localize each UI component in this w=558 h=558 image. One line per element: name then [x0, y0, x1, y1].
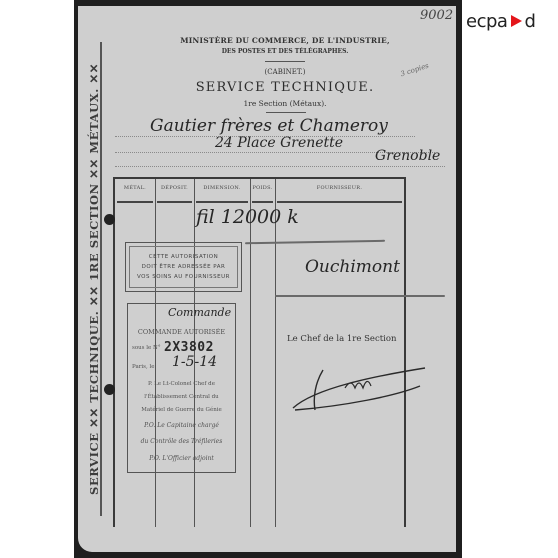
header-underline	[196, 201, 248, 203]
ministry-line-2: DES POSTES ET DES TÉLÉGRAPHES.	[160, 48, 410, 55]
auth-signatory-line: P. Le Lt-Colonel Chef de	[128, 381, 235, 387]
address-dotted-line	[115, 166, 445, 167]
item-dimension: fil 12000 k	[196, 206, 299, 228]
ornament-divider	[266, 112, 306, 113]
signature: Guillet	[285, 358, 435, 418]
punch-hole	[104, 214, 115, 225]
logo-text-left: ecpa	[466, 11, 507, 32]
notice-line-1: CETTE AUTORISATION	[149, 252, 218, 262]
notice-line-2: DOIT ÊTRE ADRESSÉE PAR	[142, 262, 226, 272]
auth-signatory-line: P.O. Le Capitaine chargé	[128, 422, 235, 429]
auth-signatory-line: du Contrôle des Tréfileries	[128, 438, 235, 445]
column-header-poids: POIDS.	[250, 185, 275, 191]
addressee-line-3: Grenoble	[375, 148, 440, 164]
cabinet-label: (CABINET.)	[160, 68, 410, 76]
addressee-line-1: Gautier frères et Chameroy	[150, 116, 388, 136]
ecpad-logo: ecpa d	[466, 8, 550, 34]
authorization-stamp: Commande COMMANDE AUTORISÉE sous le N° 2…	[127, 303, 236, 473]
logo-text-right: d	[524, 11, 535, 32]
auth-title: COMMANDE AUTORISÉE	[128, 328, 235, 336]
reference-number: 9002	[420, 8, 453, 23]
column-header-metal: MÉTAL.	[115, 185, 155, 191]
auth-date-label: Paris, le	[132, 364, 162, 370]
column-divider	[275, 179, 276, 527]
ministry-line-1: MINISTÈRE DU COMMERCE, DE L'INDUSTRIE,	[160, 36, 410, 45]
auth-number: 2X3802	[164, 340, 214, 355]
addressee-line-2: 24 Place Grenette	[215, 135, 343, 151]
column-divider	[250, 179, 251, 527]
column-header-deposit: DÉPOSIT.	[155, 185, 194, 191]
side-strip-rule	[100, 42, 102, 516]
auth-date: 1-5-14	[172, 354, 217, 370]
notice-line-3: VOS SOINS AU FOURNISSEUR	[137, 272, 230, 282]
notice-stamp: CETTE AUTORISATION DOIT ÊTRE ADRESSÉE PA…	[125, 242, 242, 292]
item-fournisseur: Ouchimont	[305, 257, 400, 277]
column-header-dimension: DIMENSION.	[194, 185, 250, 191]
header-underline	[252, 201, 273, 203]
header-underline	[157, 201, 192, 203]
header-underline	[117, 201, 153, 203]
side-strip-text: SERVICE ✕✕ TECHNIQUE. ✕✕ 1RE SECTION ✕✕ …	[87, 63, 101, 495]
play-triangle-icon	[511, 15, 522, 27]
section-label: 1re Section (Métaux).	[160, 99, 410, 108]
entry-stroke	[275, 295, 445, 297]
auth-signatory-line: l'Établissement Central du	[128, 394, 235, 400]
column-header-fournisseur: FOURNISSEUR.	[275, 185, 404, 191]
auth-signatory-line: P.O. L'Officier adjoint	[128, 455, 235, 462]
header-divider	[265, 61, 305, 62]
auth-number-label: sous le N°	[132, 345, 162, 351]
auth-handwritten-label: Commande	[168, 306, 231, 319]
punch-hole	[104, 384, 115, 395]
signature-label: Le Chef de la 1re Section	[287, 334, 396, 344]
header-underline	[277, 201, 402, 203]
document-title: SERVICE TECHNIQUE.	[160, 80, 410, 95]
auth-signatory-line: Matériel de Guerre du Génie	[128, 407, 235, 413]
